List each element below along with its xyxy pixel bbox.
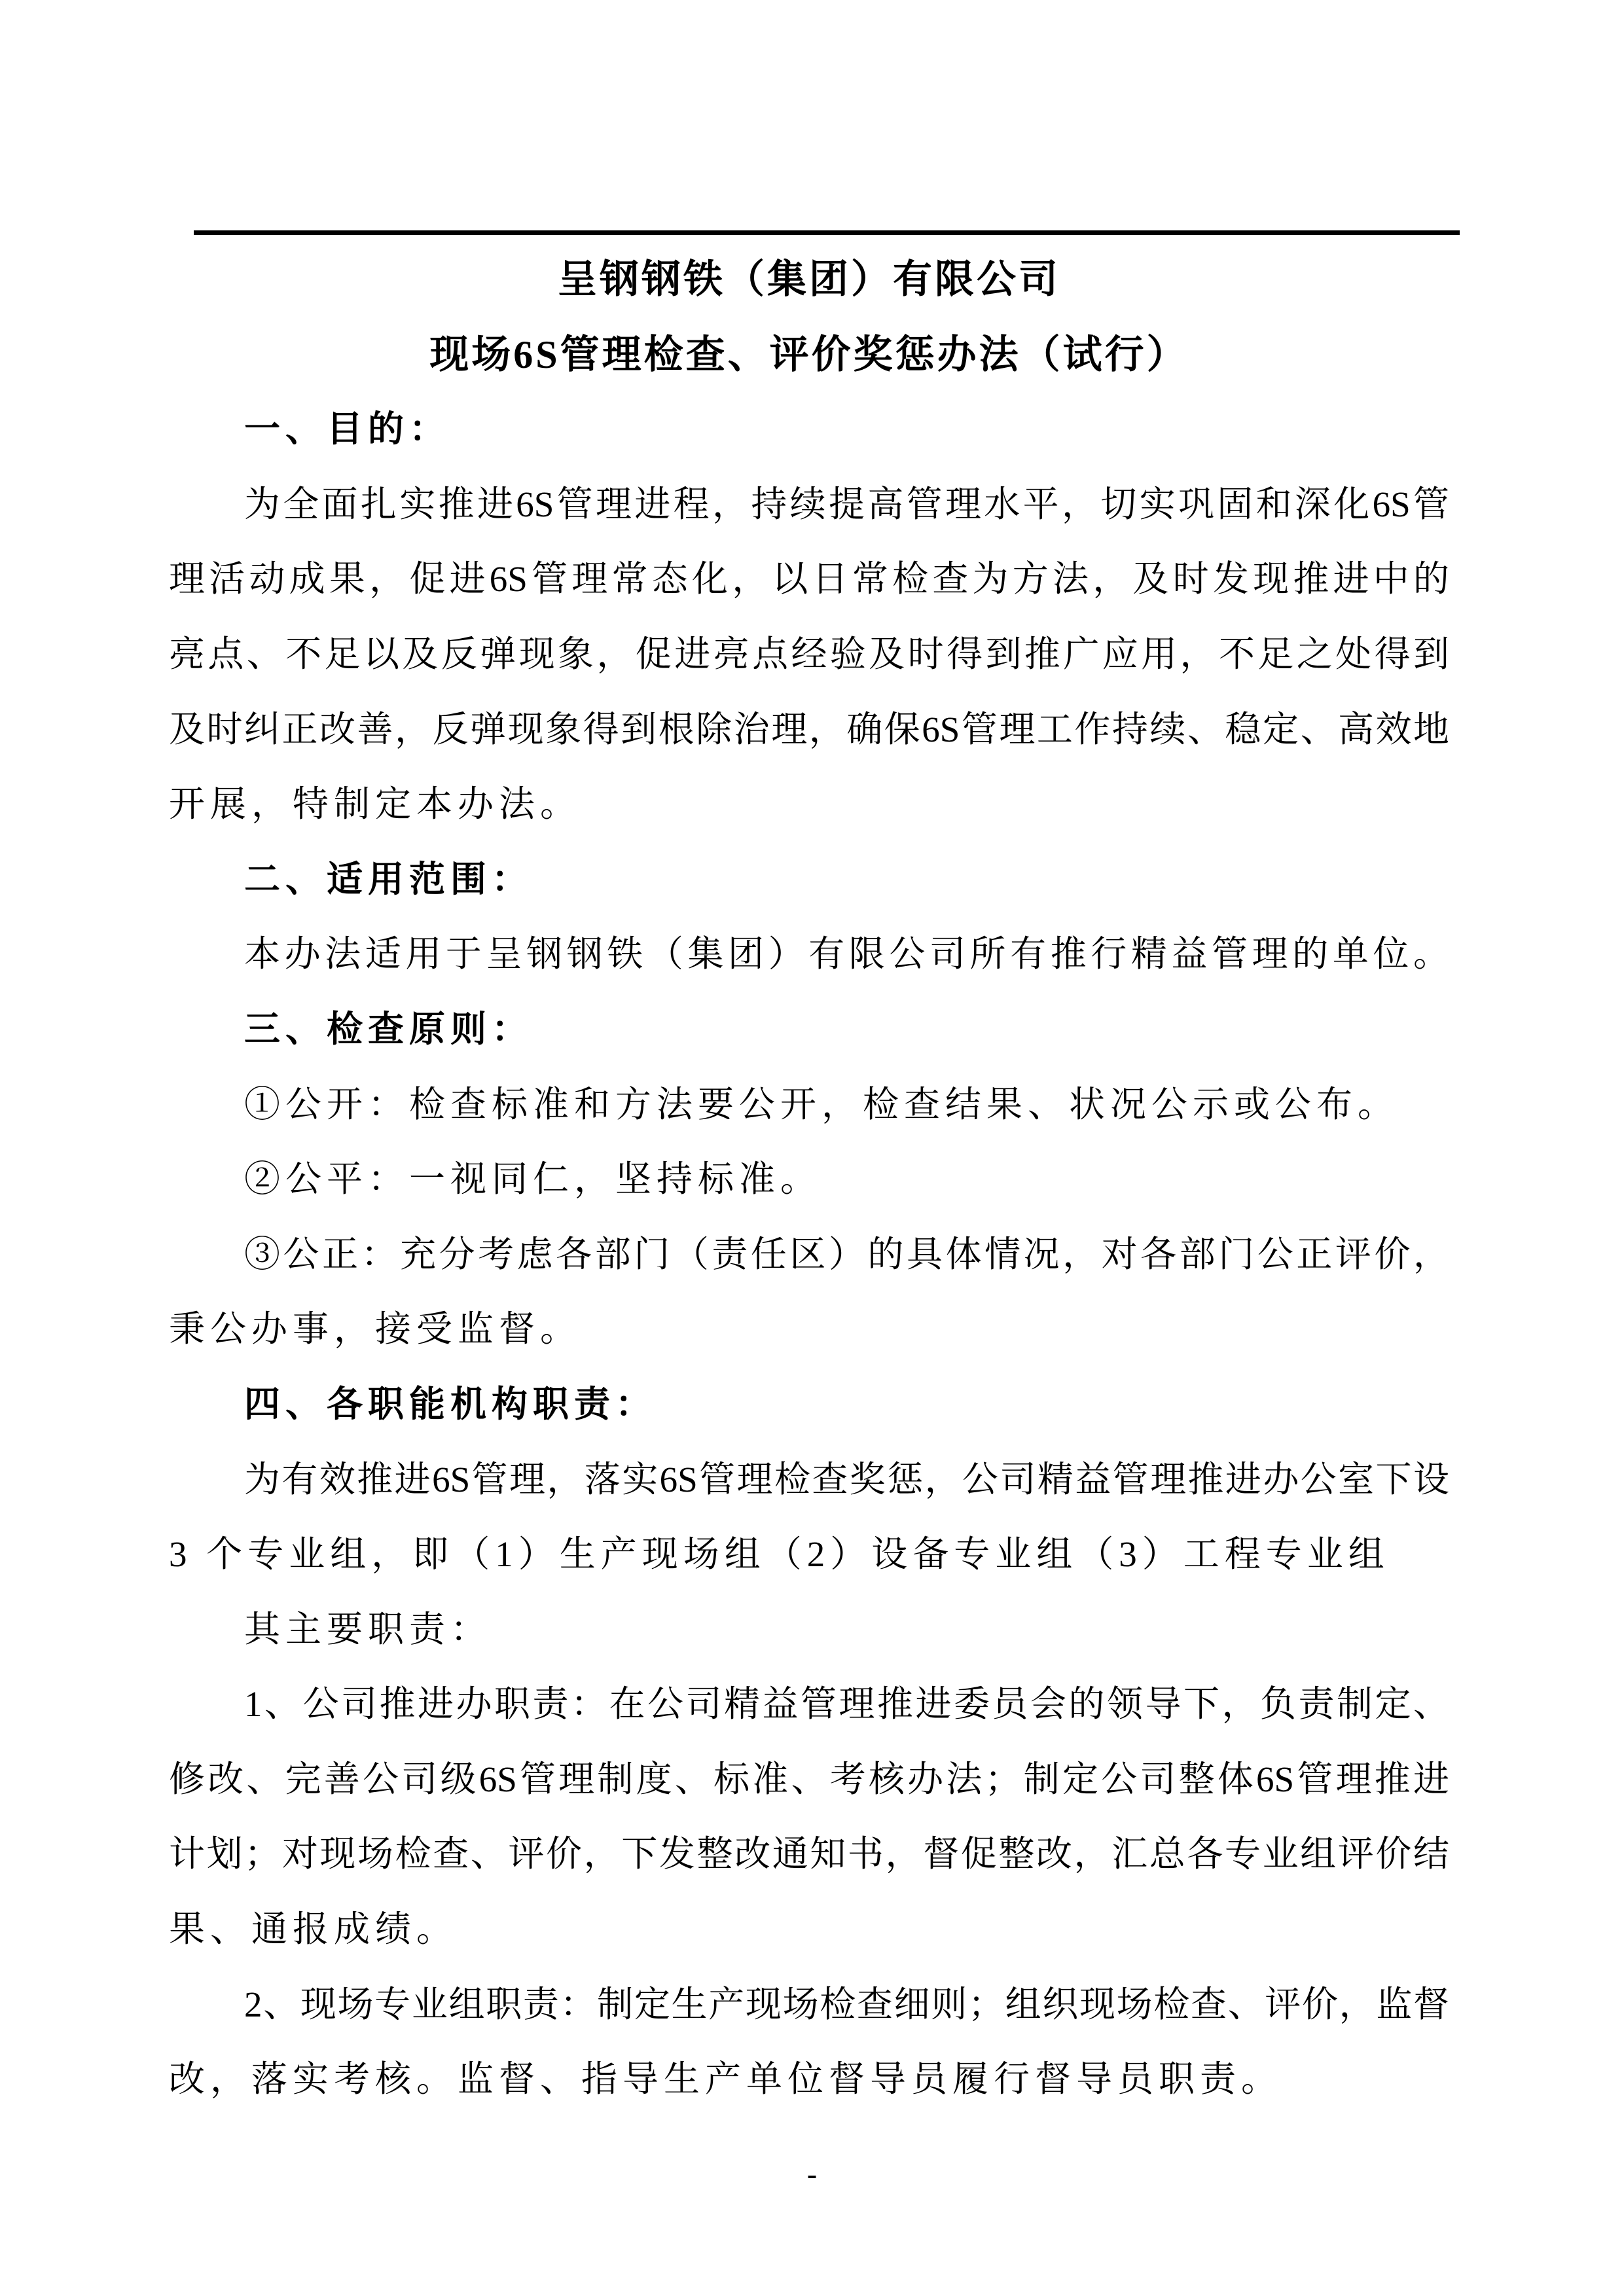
- text-line: 四、各职能机构职责：: [169, 1367, 1449, 1443]
- text-line: 为有效推进6S管理，落实6S管理检查奖惩，公司精益管理推进办公室下设: [169, 1443, 1449, 1518]
- text-line: 开展，特制定本办法。: [169, 767, 1449, 842]
- text-line: 本办法适用于呈钢钢铁（集团）有限公司所有推行精益管理的单位。: [169, 917, 1449, 992]
- text-line: 其主要职责：: [169, 1592, 1449, 1668]
- page-footer-dash: -: [0, 2155, 1624, 2194]
- text-line: 亮点、不足以及反弹现象，促进亮点经验及时得到推广应用，不足之处得到: [169, 617, 1449, 692]
- text-line: ③公正：充分考虑各部门（责任区）的具体情况，对各部门公正评价，: [169, 1217, 1449, 1293]
- text-line: 一、目的：: [169, 392, 1449, 467]
- text-line: 秉公办事，接受监督。: [169, 1292, 1449, 1367]
- text-line: ②公平：一视同仁，坚持标准。: [169, 1142, 1449, 1217]
- text-line: 修改、完善公司级6S管理制度、标准、考核办法；制定公司整体6S管理推进: [169, 1742, 1449, 1818]
- text-line: 理活动成果，促进6S管理常态化，以日常检查为方法，及时发现推进中的: [169, 542, 1449, 617]
- text-line: 三、检查原则：: [169, 992, 1449, 1067]
- text-line: 及时纠正改善，反弹现象得到根除治理，确保6S管理工作持续、稳定、高效地: [169, 692, 1449, 768]
- text-line: 二、适用范围：: [169, 842, 1449, 918]
- text-line: 计划；对现场检查、评价，下发整改通知书，督促整改，汇总各专业组评价结: [169, 1817, 1449, 1892]
- text-line: 2、现场专业组职责：制定生产现场检查细则；组织现场检查、评价，监督整: [169, 1967, 1449, 2043]
- text-line: 3 个专业组，即（1）生产现场组（2）设备专业组（3）工程专业组: [169, 1517, 1449, 1592]
- text-line: 1、公司推进办职责：在公司精益管理推进委员会的领导下，负责制定、: [169, 1667, 1449, 1742]
- text-line: 为全面扎实推进6S管理进程，持续提高管理水平，切实巩固和深化6S管: [169, 467, 1449, 543]
- document-page: 呈钢钢铁（集团）有限公司 现场6S管理检查、评价奖惩办法（试行） 一、目的：为全…: [0, 0, 1624, 2296]
- company-title: 呈钢钢铁（集团）有限公司: [169, 242, 1449, 317]
- document-body: 呈钢钢铁（集团）有限公司 现场6S管理检查、评价奖惩办法（试行） 一、目的：为全…: [169, 242, 1449, 2117]
- text-line: ①公开：检查标准和方法要公开，检查结果、状况公示或公布。: [169, 1067, 1449, 1143]
- header-rule: [194, 230, 1460, 235]
- text-line: 改，落实考核。监督、指导生产单位督导员履行督导员职责。: [169, 2042, 1449, 2117]
- document-title: 现场6S管理检查、评价奖惩办法（试行）: [169, 317, 1449, 393]
- paragraph-lines: 一、目的：为全面扎实推进6S管理进程，持续提高管理水平，切实巩固和深化6S管理活…: [169, 392, 1449, 2117]
- text-line: 果、通报成绩。: [169, 1892, 1449, 1967]
